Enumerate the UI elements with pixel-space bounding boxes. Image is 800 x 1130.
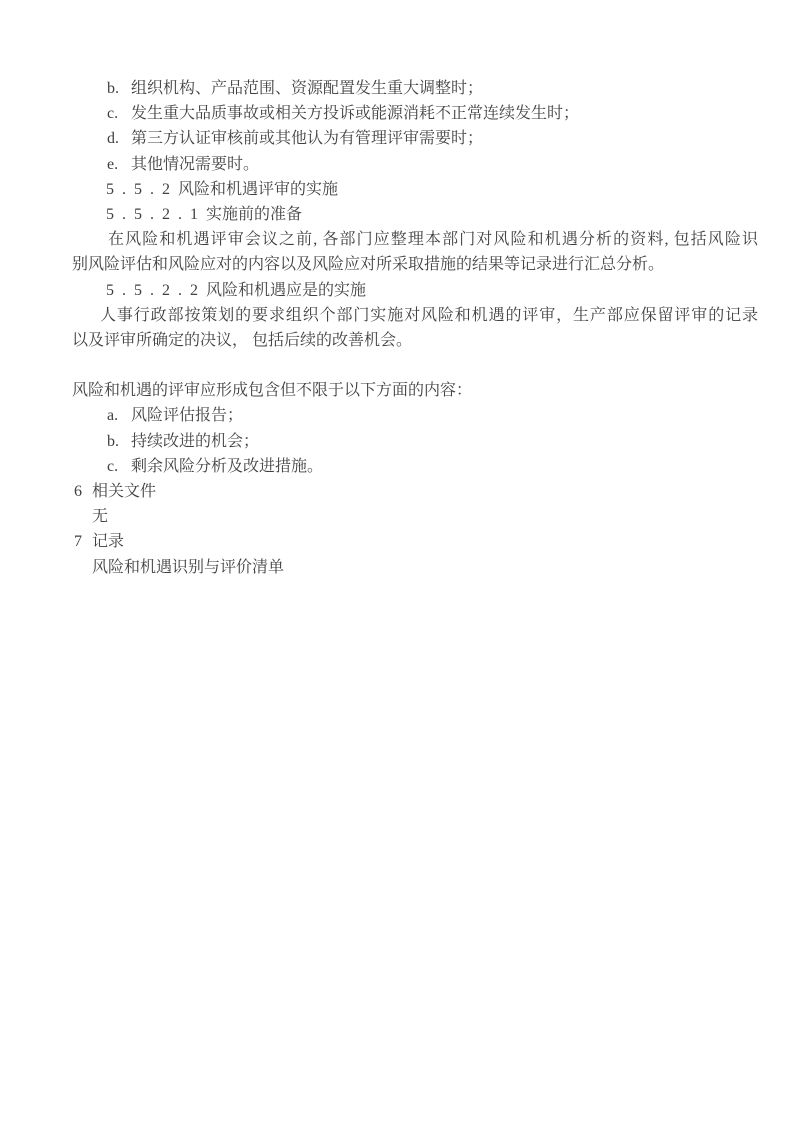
heading-5-5-2-1: 5.5.2.1实施前的准备 bbox=[72, 202, 758, 227]
list-item-e: e.其他情况需要时。 bbox=[72, 152, 758, 177]
paragraph-line: 在风险和机遇评审会议之前, 各部门应整理本部门对风险和机遇分析的资料, 包括风险… bbox=[72, 227, 758, 252]
list-item-text: 发生重大品质事故或相关方投诉或能源消耗不正常连续发生时； bbox=[131, 105, 579, 122]
list-item-d: d.第三方认证审核前或其他认为有管理评审需要时； bbox=[72, 126, 758, 151]
heading-number: 5.5.2.2 bbox=[106, 282, 206, 299]
list-item-text: 第三方认证审核前或其他认为有管理评审需要时； bbox=[131, 130, 483, 147]
section-heading-7: 7记录 bbox=[72, 529, 758, 554]
heading-5-5-2: 5.5.2风险和机遇评审的实施 bbox=[72, 177, 758, 202]
paragraph-line: 风险和机遇的评审应形成包含但不限于以下方面的内容： bbox=[72, 378, 758, 403]
section-body: 无 bbox=[72, 504, 758, 529]
list-item-text: 其他情况需要时。 bbox=[131, 156, 259, 173]
list-marker: d. bbox=[107, 126, 131, 151]
list-marker: b. bbox=[107, 429, 131, 454]
paragraph-line: 人事行政部按策划的要求组织个部门实施对风险和机遇的评审，生产部应保留评审的记录 bbox=[72, 303, 758, 328]
list-marker: a. bbox=[107, 403, 131, 428]
section-title: 相关文件 bbox=[92, 483, 156, 500]
paragraph-line: 以及评审所确定的决议， 包括后续的改善机会。 bbox=[72, 328, 758, 353]
list-item-text: 剩余风险分析及改进措施。 bbox=[131, 458, 323, 475]
heading-title: 风险和机遇应是的实施 bbox=[206, 282, 366, 299]
list-item-a2: a.风险评估报告； bbox=[72, 403, 758, 428]
blank-line bbox=[72, 353, 758, 378]
list-item-text: 持续改进的机会； bbox=[131, 433, 259, 450]
list-item-b2: b.持续改进的机会； bbox=[72, 429, 758, 454]
list-item-text: 风险评估报告； bbox=[131, 407, 243, 424]
section-title: 记录 bbox=[92, 533, 124, 550]
list-marker: c. bbox=[107, 101, 131, 126]
heading-title: 实施前的准备 bbox=[206, 206, 302, 223]
section-body: 风险和机遇识别与评价清单 bbox=[72, 555, 758, 580]
document-page: b.组织机构、产品范围、资源配置发生重大调整时； c.发生重大品质事故或相关方投… bbox=[72, 76, 758, 580]
heading-number: 5.5.2.1 bbox=[106, 206, 206, 223]
heading-title: 风险和机遇评审的实施 bbox=[178, 181, 338, 198]
list-item-c2: c.剩余风险分析及改进措施。 bbox=[72, 454, 758, 479]
heading-5-5-2-2: 5.5.2.2风险和机遇应是的实施 bbox=[72, 278, 758, 303]
heading-number: 5.5.2 bbox=[106, 181, 178, 198]
section-number: 7 bbox=[74, 529, 92, 554]
paragraph-line: 别风险评估和风险应对的内容以及风险应对所采取措施的结果等记录进行汇总分析。 bbox=[72, 252, 758, 277]
section-number: 6 bbox=[74, 479, 92, 504]
list-marker: c. bbox=[107, 454, 131, 479]
list-marker: e. bbox=[107, 152, 131, 177]
list-item-text: 组织机构、产品范围、资源配置发生重大调整时； bbox=[131, 80, 483, 97]
section-heading-6: 6相关文件 bbox=[72, 479, 758, 504]
list-marker: b. bbox=[107, 76, 131, 101]
list-item-c: c.发生重大品质事故或相关方投诉或能源消耗不正常连续发生时； bbox=[72, 101, 758, 126]
list-item-b: b.组织机构、产品范围、资源配置发生重大调整时； bbox=[72, 76, 758, 101]
